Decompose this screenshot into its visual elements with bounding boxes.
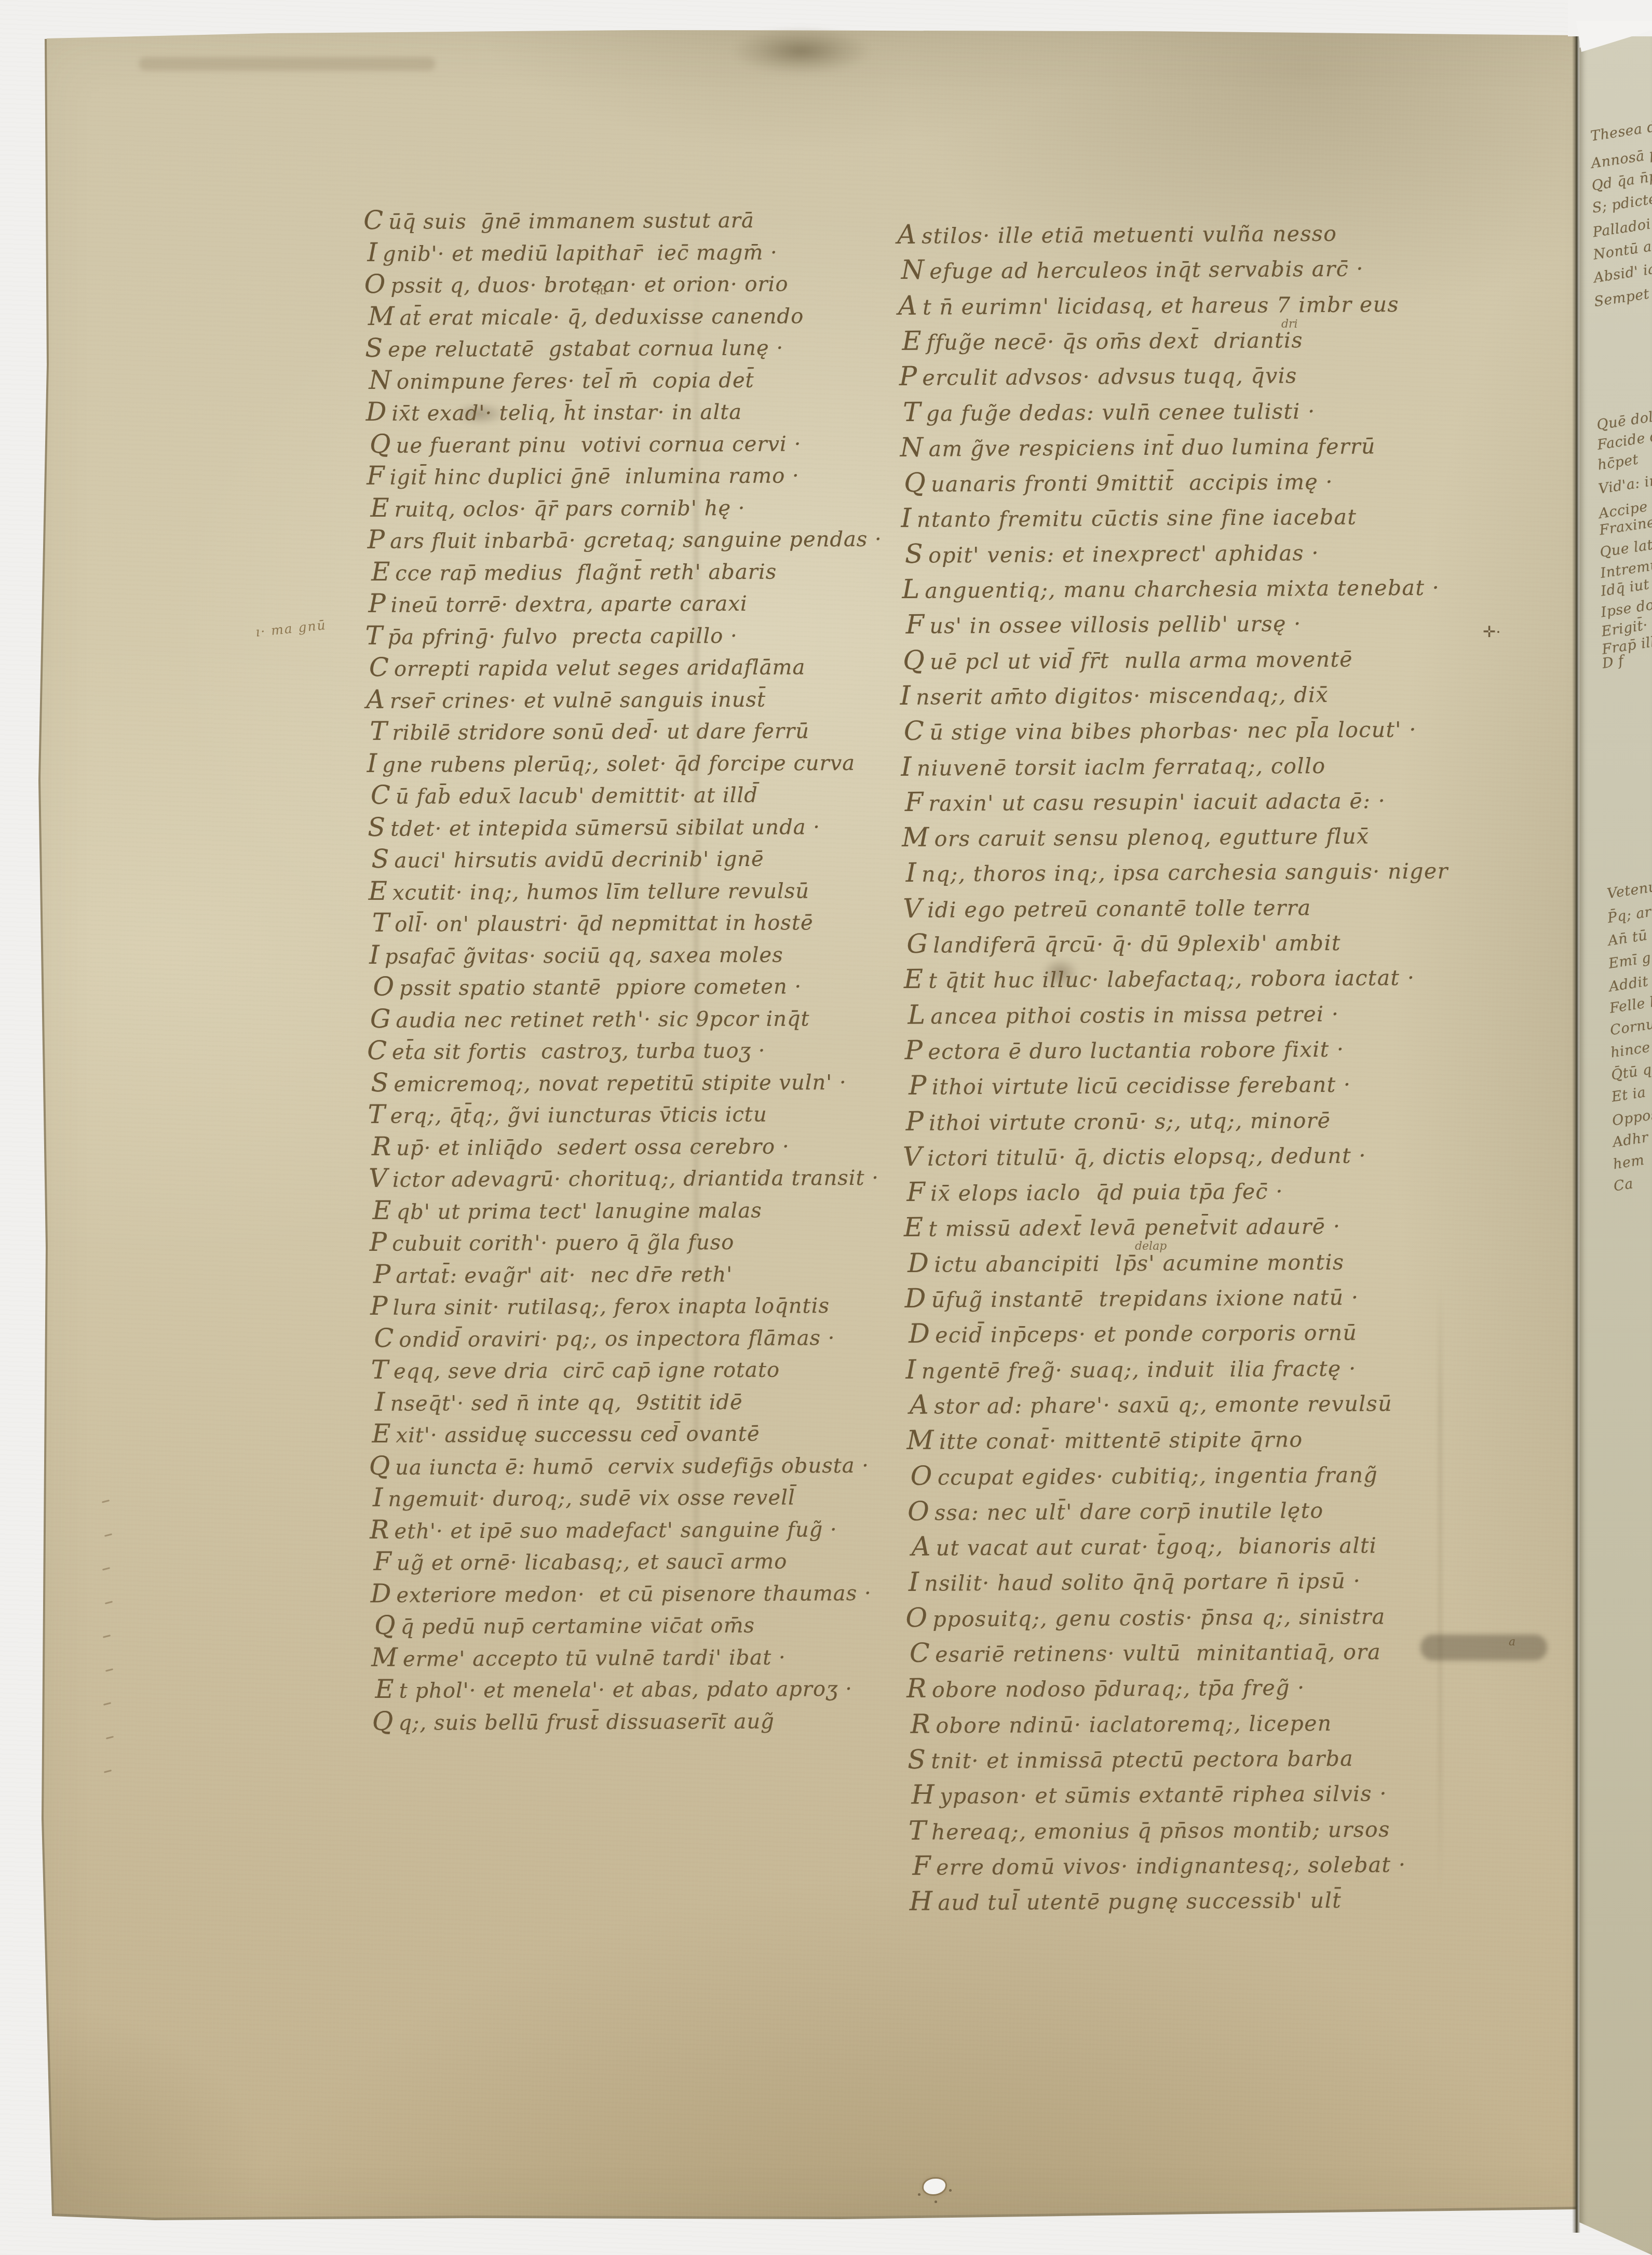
fore-edge-line: Quē dolop bbox=[1596, 407, 1652, 434]
verse-line: Fix̄ elops iaclo q̄d puia tp̄a fec̄ · bbox=[906, 1177, 1283, 1206]
parchment-crease bbox=[1438, 1288, 1442, 1890]
verse-line: Nam g̃ve respiciens int̄ duo lumina ferr… bbox=[900, 431, 1376, 461]
verse-line: Tga fug̃e dedas: vuln̄ cenee tulisti · bbox=[903, 397, 1316, 426]
verse-line: Partat̄: evag̃r' ait· nec dr̄e reth' bbox=[373, 1260, 733, 1287]
verse-line: Glandiferā q̄rcū· q̄· dū 9plexib' ambit bbox=[906, 928, 1340, 957]
verse-line: Lancea pithoi costis in missa petrei · bbox=[908, 999, 1339, 1028]
verse-line: Sepe reluctatē gstabat cornua lunę · bbox=[365, 334, 783, 361]
verse-line: Eruitq, oclos· q̄r̄ pars cornib' hę · bbox=[370, 493, 745, 521]
verse-line: Qq̄ pedū nup̄ certamine vic̄at om̄s bbox=[374, 1611, 755, 1639]
speck bbox=[918, 2193, 920, 2196]
verse-line: Aut vacat aut curat· t̄goq;, bianoris al… bbox=[911, 1531, 1377, 1560]
verse-line: Intanto fremitu cūctis sine fine iacebat bbox=[901, 503, 1357, 532]
verse-line: Merme' accepto tū vulnē tardi' ibat · bbox=[371, 1643, 786, 1670]
interlinear-correction: delap bbox=[1135, 1240, 1167, 1253]
verse-line: Terq;, q̄t̄q;, g̃vi iuncturas v̄ticis ic… bbox=[368, 1100, 767, 1128]
verse-line: Sauci' hirsutis avidū decrinib' ignē bbox=[371, 845, 764, 872]
verse-line: Cū fab̄ edux̄ lacub' demittit· at illd̄ bbox=[371, 781, 758, 808]
fore-edge-line: Q̄tū q bbox=[1610, 1061, 1652, 1083]
verse-line: Eqb' ut prima tect' lanugine malas bbox=[372, 1196, 762, 1223]
parchment-crease bbox=[694, 270, 699, 1734]
verse-line: Pineū torrē· dextra, aparte caraxi bbox=[368, 589, 748, 617]
verse-line: Languentiq;, manu charchesia mixta teneb… bbox=[902, 573, 1440, 603]
interlinear-correction: ıū bbox=[596, 285, 607, 298]
verse-line: Plura sinit· rutilasq;, ferox inapta loq… bbox=[370, 1291, 830, 1319]
verse-line: Dix̄t exad'· teliq, h̄t instar· in alta bbox=[366, 398, 742, 425]
verse-line: Pcubuit corith'· puero q̄ g̃la fuso bbox=[370, 1228, 735, 1255]
verse-line: Pars fluit inbarbā· gcretaq; sanguine pe… bbox=[368, 525, 882, 553]
verse-line: Gaudia nec retinet reth'· sic 9pcor inq̄… bbox=[370, 1004, 810, 1032]
verse-line: Cūq̄ suis ḡnē immanem sustut arā bbox=[363, 206, 754, 234]
fore-edge-line: Sempet i bbox=[1593, 285, 1652, 310]
verse-line: Iniuvenē torsit iaclm ferrataq;, collo bbox=[901, 751, 1325, 780]
fore-edge-line: Que latū bbox=[1599, 535, 1652, 561]
interlinear-correction: dri bbox=[1281, 318, 1298, 331]
verse-line: Ecce rap̄ medius flag̃nt̄ reth' abaris bbox=[371, 557, 777, 585]
verse-line: Vidi ego petreū conantē tolle terra bbox=[903, 893, 1311, 922]
fore-edge-line: hince bbox=[1609, 1039, 1651, 1061]
verse-line: Cet̄a sit fortis castroʒ, turba tuoʒ · bbox=[367, 1036, 766, 1064]
verse-line: Fug̃ et ornē· licabasq;, et saucī armo bbox=[373, 1547, 787, 1575]
margin-cross-mark: ✛· bbox=[1483, 623, 1501, 641]
verse-line: Hypason· et sūmis extantē riphea silvis … bbox=[911, 1779, 1387, 1808]
fore-edge-line: Emī g bbox=[1608, 950, 1652, 972]
verse-line: Fus' in ossee villosis pellib' ursę · bbox=[906, 610, 1302, 638]
verse-line: Dexteriore medon· et cū pisenore thaumas… bbox=[371, 1578, 872, 1606]
verse-line: Que fuerant pinu votivi cornua cervi · bbox=[370, 429, 802, 457]
verse-line: Excutit· inq;, humos līm tellure revulsū bbox=[369, 876, 809, 904]
manuscript-photograph: Cūq̄ suis ḡnē immanem sustut arāIgnib'· … bbox=[0, 0, 1652, 2255]
interlinear-correction: a bbox=[1509, 1636, 1515, 1649]
fore-edge-line: Vetenua bbox=[1606, 877, 1652, 902]
verse-line: Et missū adext̄ levā penet̄vit adaurē · bbox=[904, 1212, 1341, 1241]
fore-edge-line: hem bbox=[1612, 1152, 1645, 1173]
verse-line: Victor adevagrū· chorituq;, driantida tr… bbox=[369, 1164, 879, 1192]
verse-line: Ingemuit· duroq;, sudē vix osse revell̄ bbox=[373, 1483, 795, 1510]
page-gutter bbox=[1572, 21, 1580, 2233]
verse-line: Thereaq;, emonius q̄ pn̄sos montib; urso… bbox=[909, 1815, 1390, 1844]
verse-line: Insilit· haud solito q̄nq̄ portare n̄ ip… bbox=[909, 1567, 1361, 1596]
fore-edge-line: Thesea demol bbox=[1590, 114, 1652, 145]
verse-line: Opposuitq;, genu costis· p̄nsa q;, sinis… bbox=[905, 1602, 1385, 1631]
fore-edge-line: Annosā pinū bbox=[1590, 142, 1652, 172]
fore-edge-line: Addit h bbox=[1608, 971, 1652, 995]
verse-line: Tp̄a pfrinḡ· fulvo precta capillo · bbox=[365, 621, 737, 649]
verse-line: Perculit advsos· advsus tuqq, q̄vis bbox=[899, 361, 1297, 390]
verse-line: Ferre domū vivos· indignantesq;, solebat… bbox=[912, 1850, 1406, 1880]
verse-line: Arser̄ crines· et vulnē sanguis inust̄ bbox=[366, 685, 766, 712]
verse-line: Haud tul̄ utentē pugnę successib' ult̄ bbox=[910, 1886, 1342, 1915]
fore-edge-line: Cornu bbox=[1609, 1016, 1652, 1039]
verse-line: Astor ad: phare'· saxū q;, emonte revuls… bbox=[910, 1389, 1392, 1419]
verse-line: Igne rubens plerūq;, solet· q̄d forcipe … bbox=[367, 748, 856, 776]
fore-edge-line: Adhr bbox=[1612, 1129, 1649, 1151]
verse-line: Pithoi virtute cronū· s;, utq;, minorē bbox=[905, 1105, 1331, 1135]
verse-line: Sopit' venis: et inexprect' aphidas · bbox=[905, 538, 1319, 568]
verse-line: Occupat egides· cubitiq;, ingentia frang… bbox=[911, 1460, 1378, 1489]
verse-line: Et phol'· et menela'· et abas, pdato apr… bbox=[375, 1675, 852, 1703]
verse-line: Reth'· et ipē suo madefact' sanguine fug… bbox=[370, 1515, 837, 1543]
verse-line: Inseq̄t'· sed n̄ inte qq, 9stitit idē bbox=[375, 1387, 743, 1415]
fore-edge-line: D f bbox=[1601, 653, 1625, 672]
verse-line: Robore nodoso p̄duraq;, tp̄a freg̃ · bbox=[906, 1673, 1305, 1703]
verse-line: Correpti rapida velut seges aridaflāma bbox=[369, 653, 806, 680]
manuscript-page bbox=[0, 0, 1652, 2255]
verse-line: Decid̄ inp̄ceps· et ponde corporis ornū bbox=[909, 1318, 1358, 1347]
verse-line: Nonimpune feres· tel̄ m̄ copia det̄ bbox=[369, 366, 754, 393]
verse-line: Quē pcl ut vid̄ fr̄t nulla arma moventē bbox=[903, 644, 1353, 673]
fore-edge-line: Et ia bbox=[1610, 1084, 1647, 1105]
verse-line: Victori titulū· q̄, dictis elopsq;, dedu… bbox=[903, 1141, 1366, 1170]
verse-line: Stnit· et inmissā ptectū pectora barba bbox=[908, 1744, 1353, 1773]
verse-line: Qq;, suis bellū frust̄ dissuaserīt aug̃ bbox=[372, 1707, 775, 1734]
verse-line: Rup̄· et inliq̄do sedert ossa cerebro · bbox=[372, 1132, 790, 1159]
verse-line: Ossa: nec ult̄' dare corp̄ inutile lęto bbox=[908, 1496, 1324, 1525]
fore-edge-line: P̄q; arm bbox=[1607, 902, 1652, 926]
verse-line: Effug̃e necē· q̄s om̄s dext̄ driantis bbox=[902, 326, 1303, 355]
fore-edge-line: hc̄pet bbox=[1596, 451, 1640, 473]
verse-line: Exit'· assiduę successu ced̄ ovantē bbox=[372, 1420, 760, 1447]
verse-line: Dictu abancipiti lp̄s' acumine montis bbox=[908, 1247, 1344, 1276]
verse-line: Cū stige vina bibes phorbas· nec pl̄a lo… bbox=[904, 715, 1417, 745]
verse-line: Condid̄ oraviri· pq;, os inpectora flāma… bbox=[374, 1324, 835, 1351]
verse-line: Cesariē retinens· vultū minitantiaq̄, or… bbox=[910, 1637, 1382, 1666]
verse-line: Qua iuncta ē: humō cervix sudefiḡs obust… bbox=[369, 1451, 869, 1479]
verse-line: Ignib'· et mediū lapithar̄ iec̄ magm̄ · bbox=[367, 238, 778, 265]
verse-line: Opssit q, duos· brotean· et orion· orio bbox=[364, 269, 789, 297]
verse-line: Mitte conat̄· mittentē stipite q̄rno bbox=[906, 1425, 1303, 1454]
fore-edge-line: Vid'a: inser bbox=[1597, 469, 1652, 497]
verse-line: Toll̄· on' plaustri· q̄d nepmittat in ho… bbox=[372, 908, 814, 936]
verse-line: Inserit am̄to digitos· miscendaq;, dix̄ bbox=[900, 680, 1329, 709]
verse-line: Et q̄tit huc illuc· labefactaq;, robora … bbox=[904, 963, 1415, 993]
fore-edge-line: Ca bbox=[1613, 1176, 1634, 1194]
fore-edge-line: Felle b bbox=[1608, 993, 1652, 1017]
verse-line: Pectora ē duro luctantia robore fixit · bbox=[905, 1035, 1345, 1064]
verse-line: Semicremoq;, novat repetitū stipite vuln… bbox=[371, 1068, 846, 1096]
verse-line: Mors caruit sensu plenoq, egutture flux̄ bbox=[902, 822, 1370, 851]
speck bbox=[949, 2189, 952, 2192]
verse-line: Tribilē stridore sonū ded̄· ut dare ferr… bbox=[370, 717, 809, 744]
verse-line: Inq;, thoros inq;, ipsa carchesia sangui… bbox=[906, 857, 1448, 886]
verse-line: Stdet· et intepida sūmersū sibilat unda … bbox=[368, 813, 820, 840]
next-folio-edge: Thesea demolAnnosā pinūQd q̄a n̄poteS; p… bbox=[1579, 0, 1652, 2255]
fore-edge-line: An̄ tū l bbox=[1607, 926, 1652, 949]
verse-line: Pithoi virtute licū cecidisse ferebant · bbox=[909, 1070, 1351, 1099]
verse-line: Fraxin' ut casu resupin' iacuit adacta ē… bbox=[905, 786, 1386, 816]
verse-line: Robore ndinū· iaclatoremq;, licepen bbox=[911, 1709, 1332, 1738]
verse-line: Mat̄ erat micale· q̄, deduxisse canendo bbox=[368, 302, 804, 329]
verse-line: Teqq, seve dria circ̄ cap̄ igne rotato bbox=[371, 1356, 780, 1383]
verse-line: Nefuge ad herculeos inq̄t servabis arc̄ … bbox=[901, 254, 1364, 283]
verse-line: Opssit spatio stantē ppiore cometen · bbox=[373, 972, 802, 1000]
fore-edge-line: Oppos bbox=[1611, 1106, 1652, 1129]
verse-line: Ipsafac̄ g̃vitas· sociū qq, saxea moles bbox=[369, 940, 783, 968]
verse-line: Figit̄ hinc duplici ḡnē inlumina ramo · bbox=[367, 461, 800, 489]
verse-line: Ingentē freg̃· suaq;, induit ilia fractę… bbox=[905, 1354, 1356, 1383]
speck bbox=[935, 2200, 937, 2203]
verse-line: At n̄ eurimn' licidasq, et hareus 7 imbr… bbox=[898, 290, 1399, 319]
verse-line: Dūfug̃ instantē trepidans ixione natū · bbox=[905, 1283, 1359, 1312]
verse-line: Astilos· ille etiā metuenti vulña nesso bbox=[897, 219, 1337, 248]
verse-line: Quanaris fronti 9mittit̄ accipis imę · bbox=[904, 467, 1333, 496]
